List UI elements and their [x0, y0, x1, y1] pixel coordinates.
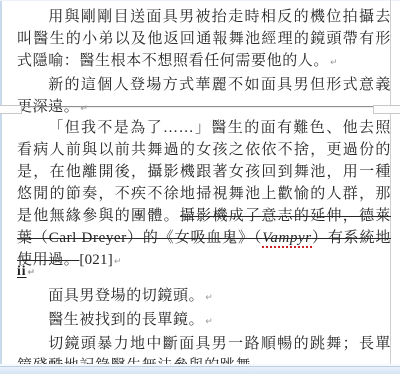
paragraph[interactable]: 醫生被找到的長單鏡。↵: [17, 309, 391, 333]
paragraph-text: 面具男登場的切鏡頭。: [48, 288, 204, 304]
document-edit-area[interactable]: 「但我不是為了……」醫生的面有難色、他去照看病人前與以前共舞過的女孩之依依不捨，…: [17, 117, 391, 273]
page-break-corner-right: [373, 105, 400, 114]
document-edit-area[interactable]: 面具男登場的切鏡頭。↵ 醫生被找到的長單鏡。↵ 切鏡頭暴力地中斷面具男一路順暢的…: [17, 285, 391, 374]
paragraph-text: 醫生被找到的長單鏡。: [48, 312, 204, 328]
page-break-corner-left: [0, 105, 22, 114]
page-break-line: [0, 106, 400, 107]
window-bottom-bar: [0, 366, 400, 374]
empty-paragraph[interactable]: ↵: [19, 246, 28, 262]
paragraph-mark-icon: ↵: [205, 293, 213, 303]
paragraph-mark-icon: ↵: [20, 252, 28, 262]
paragraph[interactable]: 面具男登場的切鏡頭。↵: [17, 285, 391, 309]
paragraph[interactable]: 「但我不是為了……」醫生的面有難色、他去照看病人前與以前共舞過的女孩之依依不捨，…: [17, 117, 391, 273]
paragraph-mark-icon: ↵: [28, 268, 36, 278]
section-heading[interactable]: ii↵: [17, 263, 35, 279]
paragraph-mark-icon: ↵: [205, 317, 213, 327]
paragraph-mark-icon: ↵: [114, 257, 122, 267]
paragraph-text: 新的這個人登場方式華麗不如面具男但形式意義更深遠。: [17, 77, 391, 115]
section-heading-text: ii: [17, 263, 27, 278]
citation-ref: [021]: [79, 252, 113, 268]
paragraph-mark-icon: ↵: [330, 58, 338, 68]
top-hairline: [0, 0, 400, 1]
paragraph[interactable]: 用與剛剛目送面具男被抬走時相反的機位拍攝去叫醫生的小弟以及他返回通報舞池經理的鏡…: [17, 6, 391, 74]
document-edit-area[interactable]: 用與剛剛目送面具男被抬走時相反的機位拍攝去叫醫生的小弟以及他返回通報舞池經理的鏡…: [17, 6, 391, 120]
deleted-italic-title: Vampyr: [262, 230, 311, 248]
window-left-edge-strip: [0, 0, 2, 374]
paragraph[interactable]: 新的這個人登場方式華麗不如面具男但形式意義更深遠。↵: [17, 74, 391, 120]
